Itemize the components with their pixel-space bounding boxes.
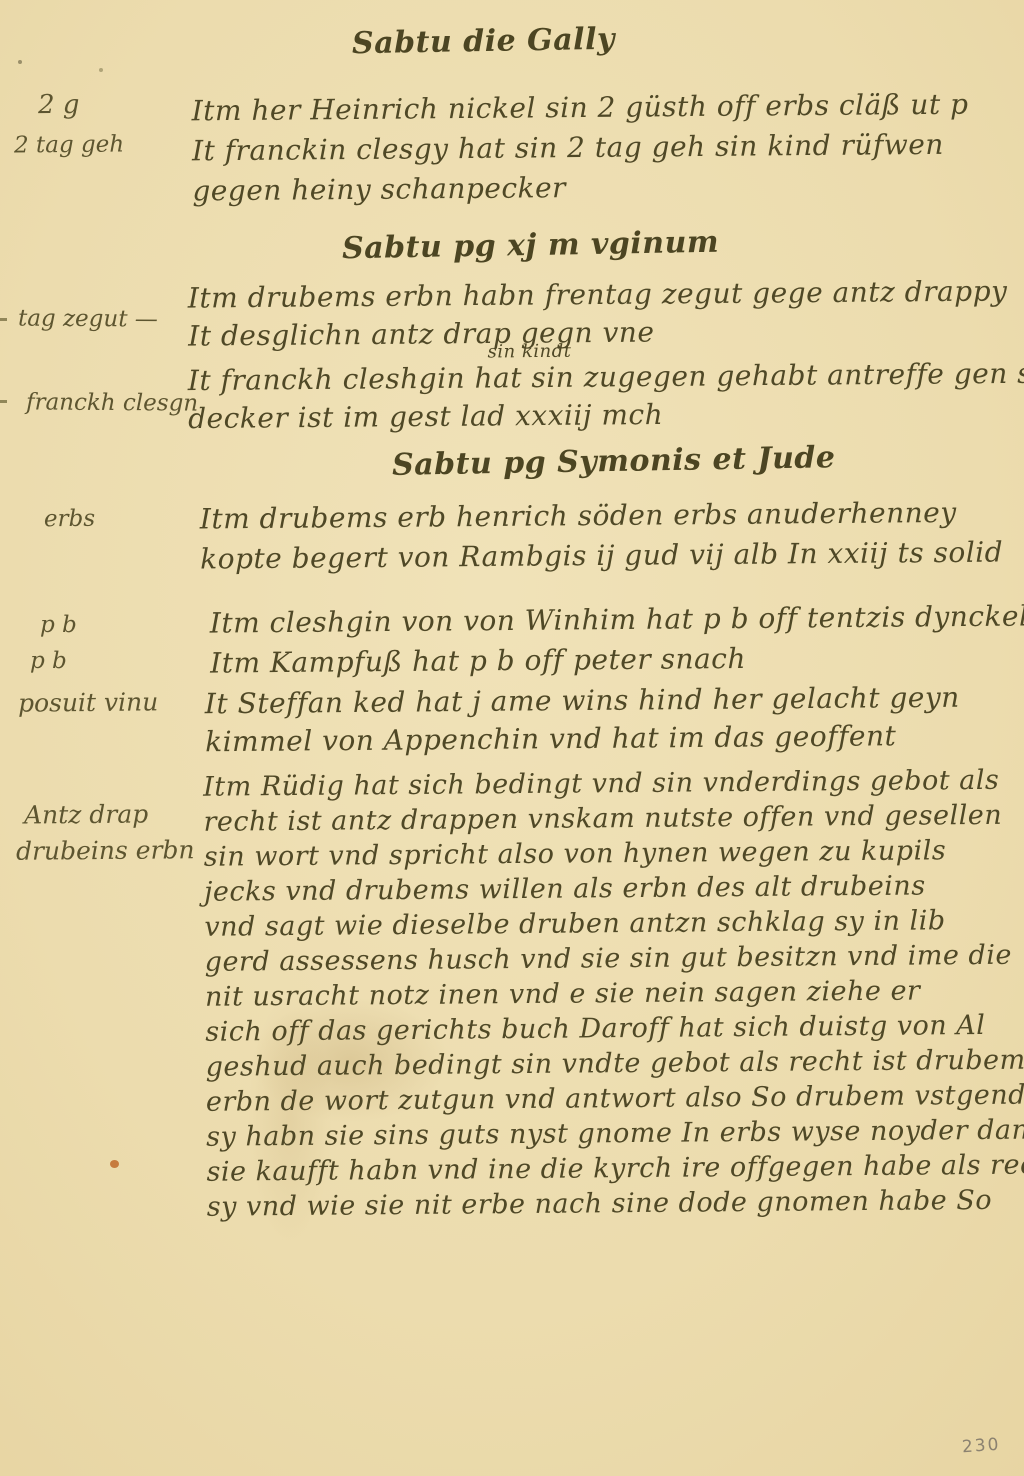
entry-paragraph-6: It Steffan ked hat j ame wins hind her g… [205,679,961,762]
entry-line: It Steffan ked hat j ame wins hind her g… [205,679,960,724]
entry-paragraph-1: Itm her Heinrich nickel sin 2 güsth off … [191,85,969,212]
margin-note-pb-1: p b [40,612,77,638]
margin-note-erbs: erbs [44,506,95,532]
entry-line: It desglichn antz drap gegn vne [188,310,1008,355]
entry-line: Itm Kampfuß hat p b off peter snach [210,636,1024,683]
entry-paragraph-5: Itm cleshgin von von Winhim hat p b off … [210,596,1024,683]
edge-mark [0,318,7,321]
entry-line: kopte begert von Rambgis ij gud vij alb … [200,532,1003,579]
speck [99,68,103,72]
entry-line: kimmel von Appenchin vnd hat im das geof… [205,717,960,762]
margin-note-drubeins-erbn: drubeins erbn [16,835,195,866]
entry-heading-3: Sabtu pg Symonis et Jude [392,440,836,483]
entry-heading-1: Sabtu die Gally [352,22,615,62]
entry-line: Itm her Heinrich nickel sin 2 güsth off … [191,85,968,132]
entry-line: Itm drubems erb henrich söden erbs anude… [200,492,1003,539]
superscript-insertion: sin kindt [488,341,572,363]
entry-line: It franckh cleshgin hat sin zugegen geha… [188,354,1024,400]
margin-note-2-tag-geh: 2 tag geh [14,132,124,159]
margin-note-antz-drap: Antz drap [24,799,148,829]
entry-line: gegen heiny schanpecker [192,165,969,212]
margin-note-pb-2: p b [30,648,67,674]
manuscript-page: Sabtu die Gally 2 g 2 tag geh Itm her He… [0,0,1024,1476]
margin-note-franckh-clesgn: franckh clesgn [26,389,198,416]
entry-line: sy vnd wie sie nit erbe nach sine dode g… [207,1182,1024,1224]
margin-note-posuit-vinu: posuit vinu [18,687,159,717]
entry-paragraph-7: Itm Rüdig hat sich bedingt vnd sin vnder… [203,762,1024,1224]
entry-paragraph-3: sin kindt It franckh cleshgin hat sin zu… [188,354,1024,438]
speck [18,60,22,64]
entry-paragraph-4: Itm drubems erb henrich söden erbs anude… [200,492,1004,579]
margin-note-2g: 2 g [38,90,80,120]
page-number: 230 [961,1435,1001,1458]
edge-mark [0,400,7,403]
orange-mark [110,1160,119,1168]
entry-heading-2: Sabtu pg xj m vginum [342,225,720,267]
entry-line: decker ist im gest lad xxxiij mch [188,392,1024,438]
entry-line: It franckin clesgy hat sin 2 tag geh sin… [192,125,969,172]
margin-note-tag-zegut: tag zegut — [18,306,158,333]
entry-paragraph-2: Itm drubems erbn habn frentag zegut gege… [188,272,1008,355]
entry-line: Itm cleshgin von von Winhim hat p b off … [210,596,1024,643]
entry-line: Itm drubems erbn habn frentag zegut gege… [188,272,1008,317]
